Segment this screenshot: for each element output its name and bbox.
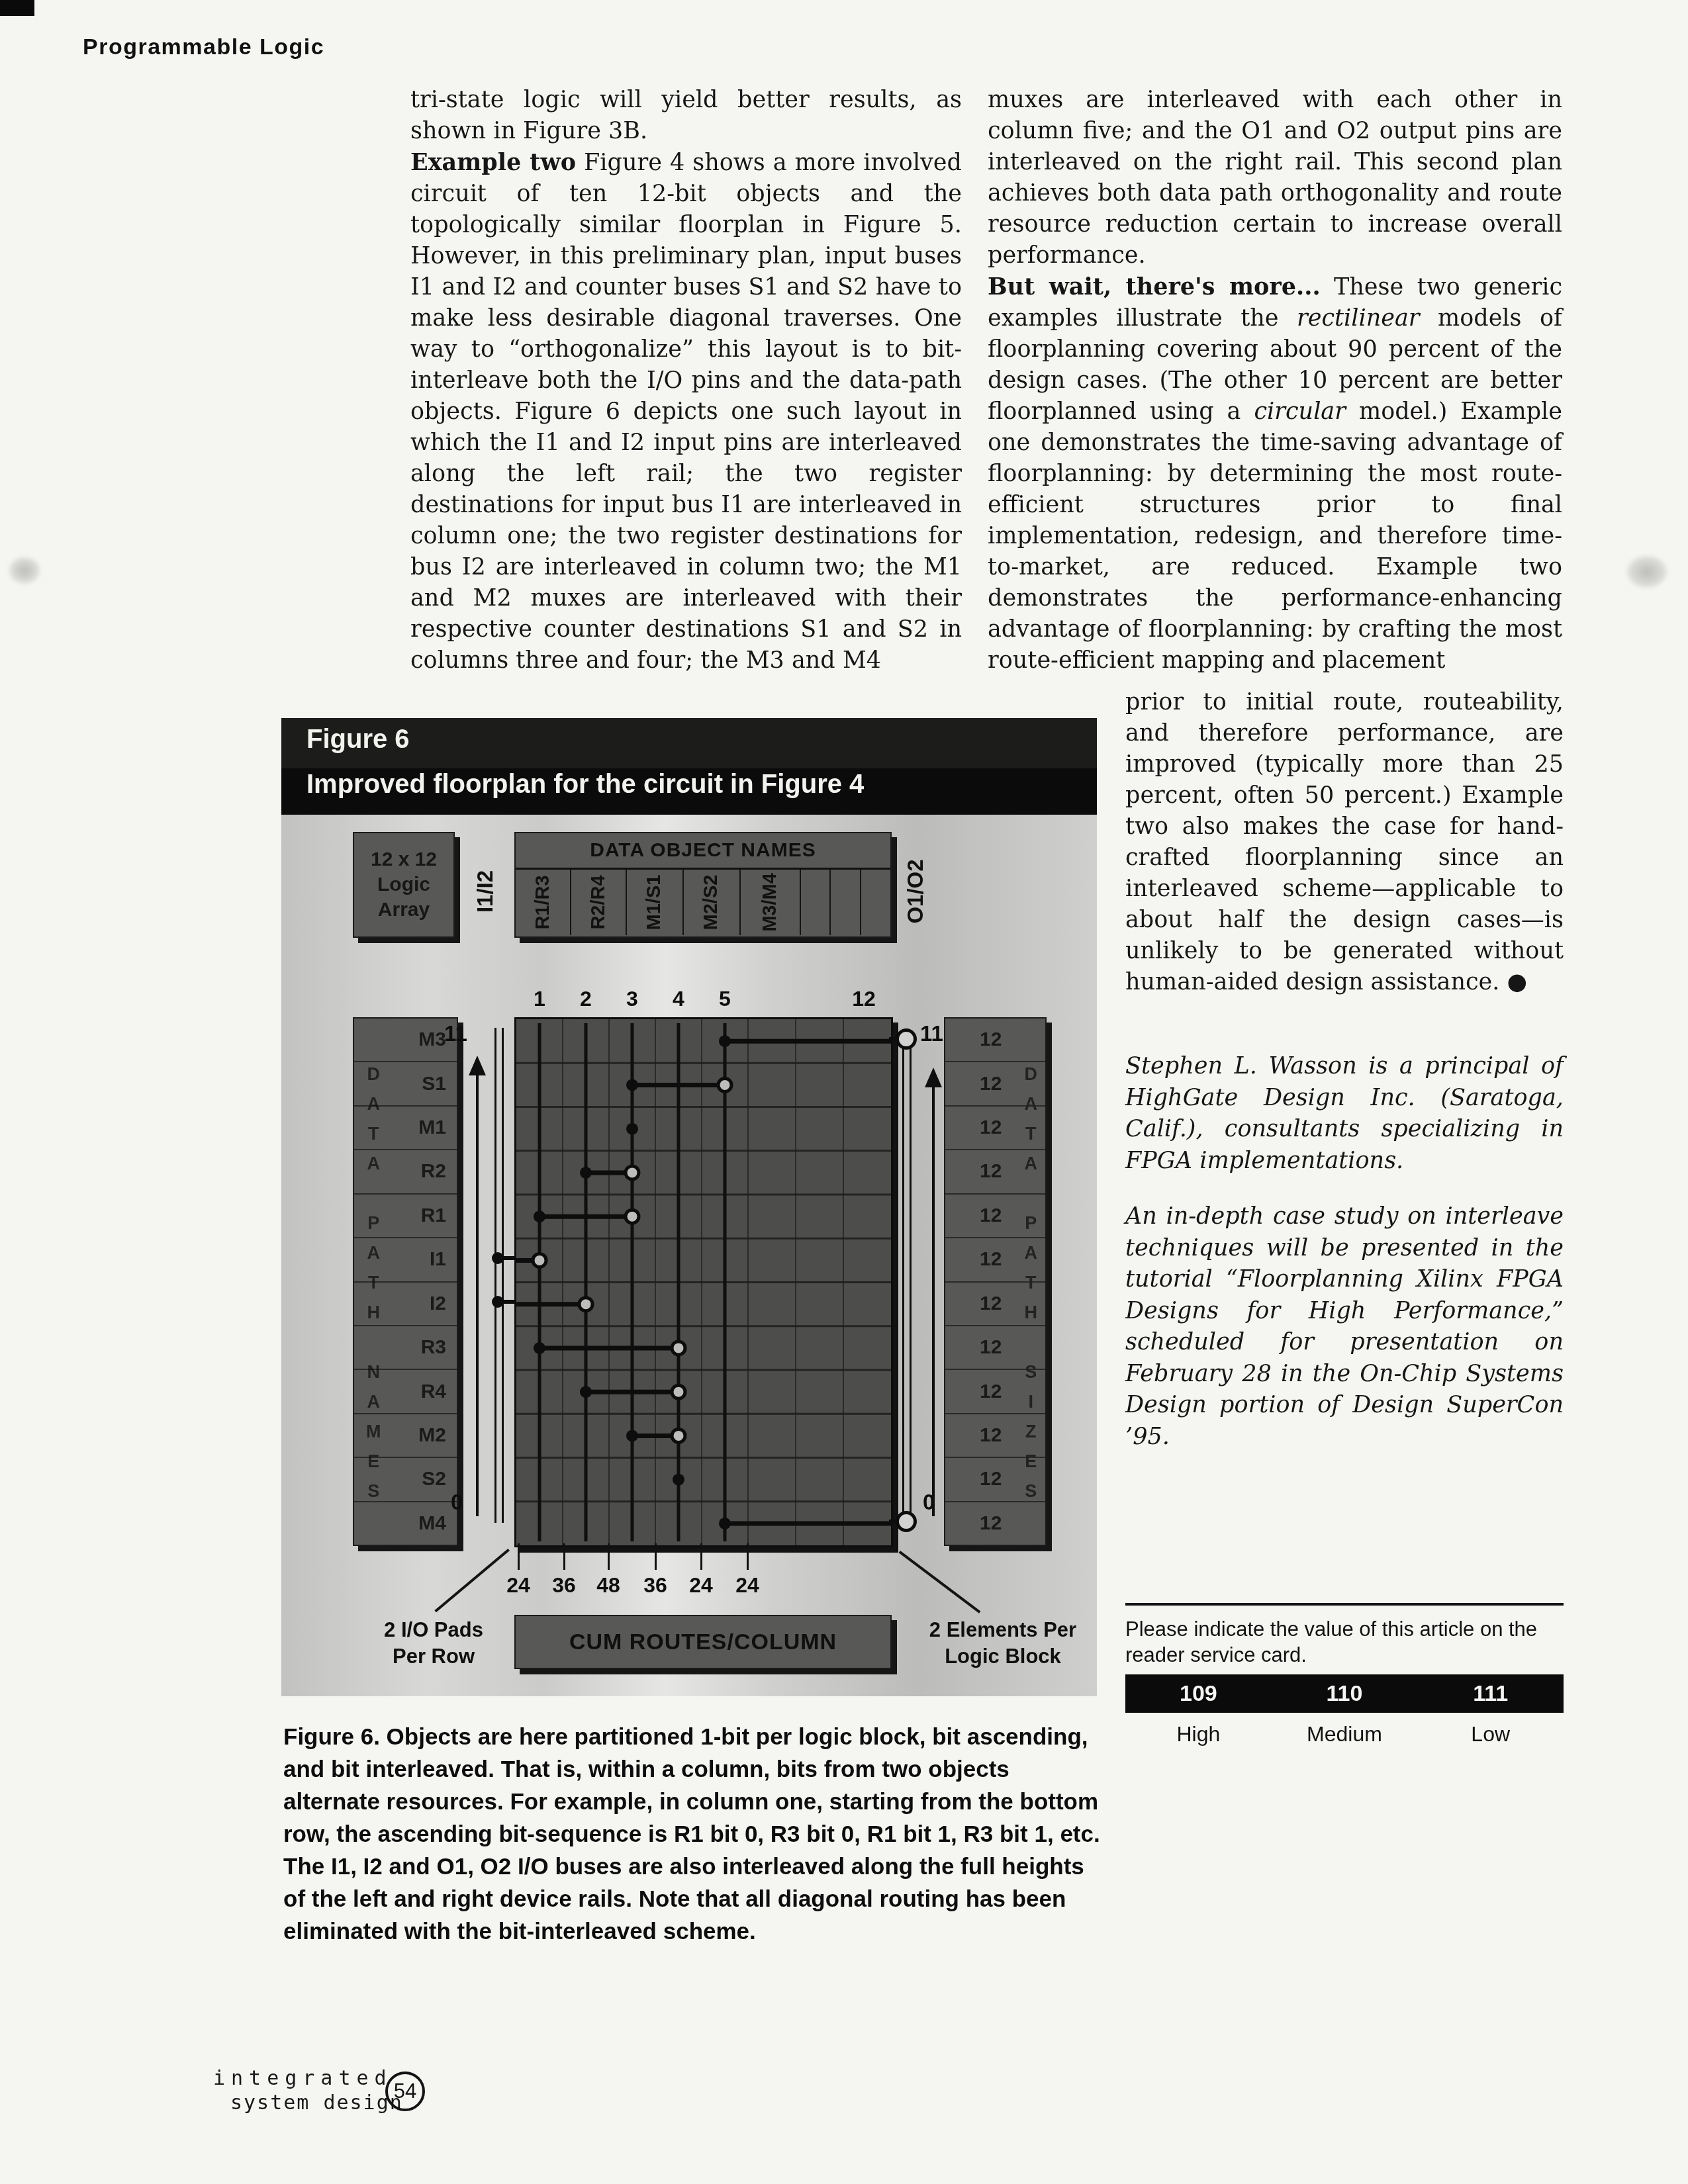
left-io-bus	[494, 1028, 504, 1523]
right-arrow-shaft	[932, 1086, 935, 1516]
object-column-cell: M3/M4	[741, 870, 801, 935]
column-number: 12	[852, 987, 876, 1011]
object-column-cell: R2/R4	[571, 870, 627, 935]
bottom-tick	[747, 1543, 749, 1570]
right-rail-data-path-sizes: 121212121212121212121212 D A T A P A T H…	[944, 1017, 1047, 1546]
left-arrow-shaft	[476, 1074, 479, 1516]
object-column-cell: M2/S2	[684, 870, 741, 935]
right-text-column-narrow: prior to initial route, routeability, an…	[1125, 687, 1564, 998]
cum-routes-number: 24	[506, 1573, 530, 1598]
left-text-column: tri-state logic will yield better result…	[410, 85, 962, 676]
i2-bus-dot	[492, 1296, 504, 1308]
reader-service-number-high: 109	[1125, 1681, 1272, 1707]
page-number-badge: 54	[385, 2071, 425, 2111]
left-rail-data-path-names: D A T A P A T H N A M E S M3S1M1R2R1I1I2…	[353, 1017, 458, 1546]
reader-service-number-medium: 110	[1272, 1681, 1418, 1707]
elements-annotation-line1: 2 Elements Per	[920, 1617, 1086, 1643]
column-number: 4	[673, 987, 684, 1011]
right-arrow-up-icon	[925, 1068, 942, 1087]
reader-service-numbers: 109 110 111	[1125, 1674, 1564, 1713]
magazine-page: Programmable Logic tri-state logic will …	[0, 0, 1688, 2184]
left-rail-row: R2	[354, 1150, 457, 1194]
pencil-smudge-left	[9, 557, 40, 584]
reader-service-number-low: 111	[1417, 1681, 1564, 1707]
left-rail-rows: M3S1M1R2R1I1I2R3R4M2S2M4	[354, 1019, 457, 1545]
left-rail-row: M1	[354, 1107, 457, 1150]
left-rail-row: S1	[354, 1062, 457, 1106]
paragraph-but-wait: But wait, there's more... These two gene…	[988, 271, 1562, 676]
logic-array-box: 12 x 12 Logic Array	[353, 832, 455, 938]
logic-array-line2: Logic	[377, 872, 430, 897]
object-column-cell: R1/R3	[516, 870, 571, 935]
left-rail-row: M4	[354, 1502, 457, 1545]
right-rail-row: 12	[945, 1502, 1045, 1545]
left-bus-label: I1/I2	[473, 870, 498, 913]
paragraph-example-two: Example two Figure 4 shows a more involv…	[410, 147, 962, 676]
io-pads-annotation-line1: 2 I/O Pads	[354, 1617, 513, 1643]
object-column-cell	[831, 870, 861, 935]
cum-routes-number: 36	[643, 1573, 667, 1598]
elements-annotation-line2: Logic Block	[920, 1643, 1086, 1670]
right-bus-label: O1/O2	[903, 859, 928, 923]
right-rail-row: 12	[945, 1019, 1045, 1062]
bottom-tick	[700, 1543, 702, 1570]
figure-title: Improved floorplan for the circuit in Fi…	[306, 770, 864, 799]
right-axis-top-label: 11	[920, 1021, 943, 1046]
left-axis-top-label: 11	[444, 1021, 467, 1046]
footer-line1: integrated	[213, 2066, 403, 2091]
reader-service-prompt: Please indicate the value of this articl…	[1125, 1616, 1542, 1668]
reader-service-rule	[1125, 1603, 1564, 1606]
reader-service-labels: High Medium Low	[1125, 1722, 1564, 1747]
label-medium: Medium	[1272, 1722, 1418, 1747]
object-column-cell	[861, 870, 890, 935]
tutorial-note: An in-depth case study on interleave tec…	[1125, 1201, 1564, 1453]
label-high: High	[1125, 1722, 1272, 1747]
left-rail-row: I1	[354, 1238, 457, 1282]
m4-bus-circle	[896, 1511, 917, 1532]
cum-routes-band: CUM ROUTES/COLUMN	[514, 1615, 892, 1669]
left-arrow-up-icon	[469, 1056, 486, 1075]
figure-number: Figure 6	[306, 725, 410, 754]
pencil-smudge-right	[1627, 556, 1667, 588]
left-rail-row: I2	[354, 1283, 457, 1326]
left-axis-bottom-label: 0	[451, 1490, 463, 1515]
label-low: Low	[1417, 1722, 1564, 1747]
column-number: 5	[719, 987, 731, 1011]
right-io-bus	[902, 1046, 912, 1522]
bottom-tick	[518, 1543, 520, 1570]
left-rail-row: R4	[354, 1370, 457, 1414]
object-column-cell: M1/S1	[627, 870, 684, 935]
paragraph-continued: prior to initial route, routeability, an…	[1125, 687, 1564, 998]
elements-annotation: 2 Elements Per Logic Block	[920, 1617, 1086, 1670]
io-pads-annotation: 2 I/O Pads Per Row	[354, 1617, 513, 1670]
data-object-names-title: DATA OBJECT NAMES	[516, 833, 890, 870]
cum-routes-number: 24	[735, 1573, 759, 1598]
left-rail-row: M3	[354, 1019, 457, 1062]
bottom-tick	[563, 1543, 565, 1570]
right-text-column: muxes are interleaved with each other in…	[988, 85, 1562, 676]
m3-bus-circle	[896, 1028, 917, 1050]
bottom-tick	[608, 1543, 610, 1570]
left-rail-row: R3	[354, 1326, 457, 1370]
data-object-names-table: DATA OBJECT NAMES R1/R3R2/R4M1/S1M2/S2M3…	[514, 832, 892, 938]
bottom-tick	[655, 1543, 657, 1570]
column-number: 2	[580, 987, 592, 1011]
magazine-footer: integrated system design	[213, 2066, 403, 2115]
routing-grid-svg	[516, 1019, 891, 1545]
footer-line2: system design	[230, 2091, 403, 2115]
logic-array-line1: 12 x 12	[371, 847, 437, 872]
cum-routes-number: 48	[596, 1573, 620, 1598]
cum-routes-number: 36	[552, 1573, 576, 1598]
cum-routes-number: 24	[689, 1573, 713, 1598]
right-rail-title: D A T A P A T H S I Z E S	[1025, 1060, 1038, 1506]
paragraph-continuation: tri-state logic will yield better result…	[410, 85, 962, 147]
left-rail-row: R1	[354, 1195, 457, 1238]
object-column-cell	[801, 870, 831, 935]
logic-array-line3: Array	[378, 897, 430, 923]
figure-caption: Figure 6. Objects are here partitioned 1…	[283, 1721, 1111, 1948]
figure-6-header: Figure 6 Improved floorplan for the circ…	[281, 718, 1097, 815]
section-kicker: Programmable Logic	[83, 34, 324, 60]
i1-bus-dot	[492, 1252, 504, 1264]
print-registration-mark	[0, 0, 34, 16]
column-number: 3	[626, 987, 638, 1011]
routing-grid	[514, 1017, 893, 1547]
left-rail-row: S2	[354, 1458, 457, 1502]
io-pads-annotation-line2: Per Row	[354, 1643, 513, 1670]
paragraph-muxes: muxes are interleaved with each other in…	[988, 85, 1562, 271]
column-number: 1	[534, 987, 545, 1011]
author-bio: Stephen L. Wasson is a principal of High…	[1125, 1051, 1564, 1177]
left-rail-row: M2	[354, 1414, 457, 1458]
data-object-name-cells: R1/R3R2/R4M1/S1M2/S2M3/M4	[516, 870, 890, 935]
figure-6-panel: Figure 6 Improved floorplan for the circ…	[281, 718, 1097, 1696]
